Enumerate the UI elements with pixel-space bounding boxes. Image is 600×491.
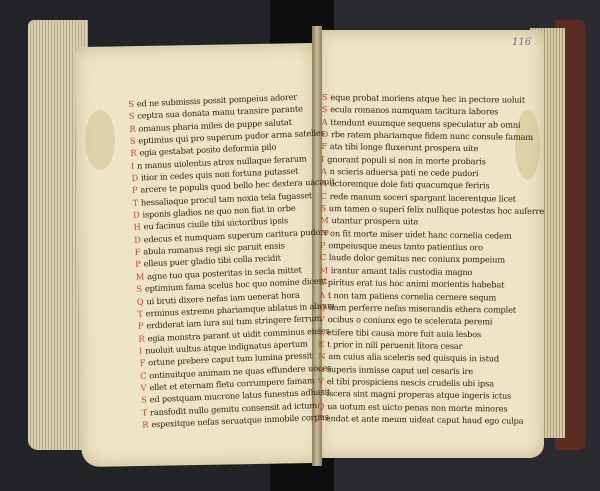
line-text: ttendunt euumque sequens speculatur ab o… [330,117,520,130]
rubricated-initial: F [135,247,141,257]
rubricated-initial: V [318,376,324,386]
rubricated-initial: M [320,215,328,225]
line-text: ocibus o coniunx ego te scelerata peremi [328,314,493,326]
rubricated-initial: A [322,117,328,127]
right-page-text: Seque probat moriens atque hec in pector… [317,91,545,427]
rubricated-initial: V [140,382,146,392]
line-text: endat et ante meum uideat caput haud ego… [326,413,524,426]
rubricated-initial: F [321,141,327,151]
rubricated-initial: D [131,173,138,183]
rubricated-initial: S [322,92,328,102]
line-text: uam perferre nefas miserandis ethera com… [329,302,517,315]
left-page-text: Sed ne submissis possit pompeius adorerS… [128,89,345,431]
rubricated-initial: C [140,370,147,380]
rubricated-initial: T [142,407,148,417]
line-text: piritus erat ius hoc animi morientis hab… [328,277,505,289]
water-stain [85,110,115,170]
line-text: t prior in nili peruenit litora cesar [327,339,462,351]
rubricated-initial: T [132,197,138,207]
rubricated-initial: C [320,191,326,201]
line-text: n scieris aduersa pati ne cede pudori [330,166,479,178]
rubricated-initial: R [130,148,136,158]
rubricated-initial: R [138,333,144,343]
line-text: t non tam patiens cornelia cernere sequm [328,290,496,302]
rubricated-initial: P [317,413,323,423]
rubricated-initial: P [135,259,141,269]
line-text: laude dolor gemitus nec coniunx pompeium [329,253,505,265]
rubricated-initial: I [139,346,143,356]
rubricated-initial: S [320,203,326,213]
rubricated-initial: N [318,351,325,361]
line-text: iscera sint magni properas atque ingeris… [327,388,512,401]
rubricated-initial: A [321,178,327,188]
rubricated-initial: P [132,185,138,195]
rubricated-initial: P [138,321,144,331]
rubricated-initial: V [318,388,324,398]
line-text: rede manum soceri spargant lacerentque l… [330,191,516,204]
rubricated-initial: H [133,222,140,232]
line-text: on fit morte miser uidet hanc cornelia c… [330,228,512,241]
rubricated-initial: Q [137,296,144,306]
line-text: ua uotum est uicto penas non morte minor… [327,401,507,414]
line-text: el tibi prospiciens nescis crudelis ubi … [327,376,494,388]
rubricated-initial: S [128,99,134,109]
line-text: superis inmisse caput uel cesaris ire [327,364,473,376]
rubricated-initial: R [142,419,148,429]
line-text: utantur prospera uita [331,216,418,227]
rubricated-initial: Q [319,302,326,312]
line-text: ata tibi longe fluxerunt prospera uite [330,141,479,153]
rubricated-initial: O [321,129,328,139]
folio-number: 116 [512,37,531,48]
rubricated-initial: Q [318,401,325,411]
line-text: ompeiusque meus tanto patientius oro [328,240,483,252]
rubricated-initial: V [319,314,325,324]
rubricated-initial: C [320,252,326,262]
rubricated-initial: S [322,104,328,114]
rubricated-initial: D [133,210,140,220]
line-text: ecula romanos numquam tacitura labores [330,104,498,116]
rubricated-initial: S [129,111,135,121]
rubricated-initial: L [319,327,324,337]
rubricated-initial: T [137,308,143,318]
line-text: irantur amant talis custodia magno [331,265,473,277]
rubricated-initial: S [130,136,136,146]
rubricated-initial: R [129,123,135,133]
line-text: etifere tibi causa more fuit auia lesbos [327,327,481,339]
rubricated-initial: M [319,265,327,275]
rubricated-initial: I [321,154,324,164]
rubricated-initial: M [136,271,145,281]
rubricated-initial: D [134,234,141,244]
rubricated-initial: E [318,339,324,349]
rubricated-initial: A [318,364,324,374]
rubricated-initial: S [319,277,325,287]
rubricated-initial: I [131,161,135,171]
rubricated-initial: F [139,358,145,368]
rubricated-initial: S [141,395,147,405]
rubricated-initial: A [321,166,327,176]
rubricated-initial: N [320,228,327,238]
line-text: gnorant populi si non in morte probaris [327,154,486,166]
rubricated-initial: P [320,240,326,250]
rubricated-initial: S [136,284,142,294]
line-text: am cuius alia sceleris sed quisquis in i… [328,351,499,363]
line-text: uctoremque dole fati quacumque feriris [329,179,489,191]
rubricated-initial: A [319,289,325,299]
